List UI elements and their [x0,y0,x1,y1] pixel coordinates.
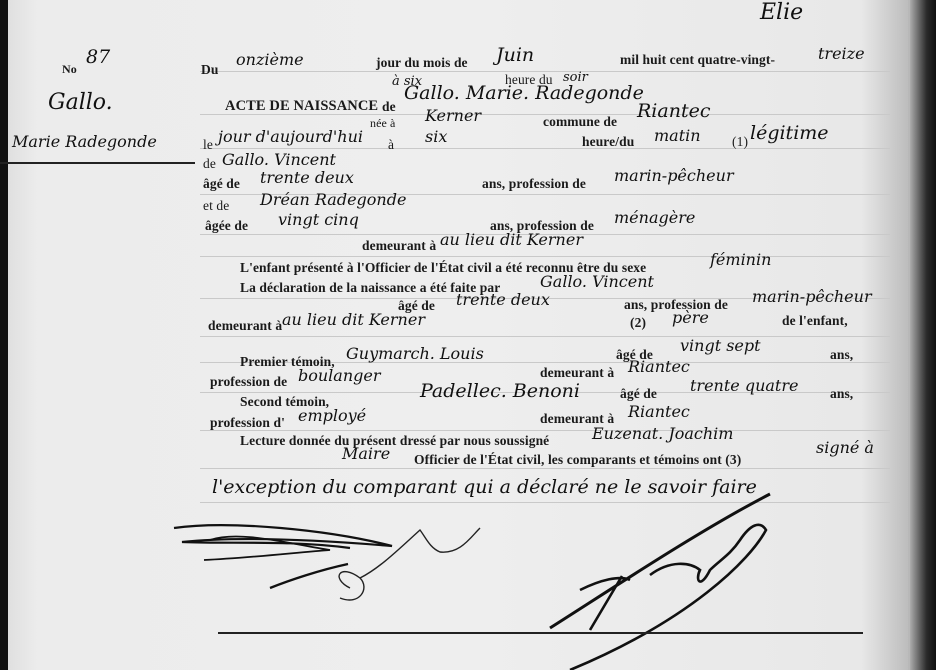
month-label: jour du mois de [376,55,468,71]
father-name: Gallo. Vincent [222,150,336,169]
birth-hour-label: heure/du [582,134,634,150]
father-age: trente deux [260,168,354,187]
page-binding-edge [0,0,8,670]
birth-place: Kerner [425,106,481,125]
month-value: Juin [496,44,534,66]
filiation-value: légitime [750,122,829,144]
father-profession-label: ans, profession de [482,176,586,192]
declarant-residence: au lieu dit Kerner [282,310,425,329]
child-name: Gallo. Marie. Radegonde [404,82,644,104]
first-witness-age: vingt sept [680,336,761,355]
officer-sentence: Officier de l'État civil, les comparants… [414,452,741,468]
second-witness-age-label: âgé de [620,386,657,402]
margin-given-names: Marie Radegonde [12,132,157,151]
first-witness-residence: Riantec [628,357,690,376]
filiation-note: (1) [732,134,748,150]
officer-title: Maire [342,444,390,463]
commune-label: commune de [543,114,617,130]
declarant-name: Gallo. Vincent [540,272,654,291]
first-witness-profession-label: profession de [210,374,287,390]
father-profession: marin-pêcheur [614,166,734,185]
relation-value: père [672,308,709,327]
birth-day: jour d'aujourd'hui [218,127,363,146]
birth-period: matin [654,126,701,145]
page-edge-line [908,0,910,670]
year-printed: mil huit cent quatre-vingt- [620,52,775,68]
residence-label: demeurant à [362,238,436,254]
register-page: No 87 Gallo. Marie Radegonde Elie Du onz… [0,0,936,670]
second-witness-profession-label: profession d' [210,415,285,431]
bottom-rule [218,632,863,634]
act-title: ACTE DE NAISSANCE [225,98,378,115]
father-age-label: âgé de [203,176,240,192]
birth-hour: six [425,127,447,146]
lecture-sentence: Lecture donnée du présent dressé par nou… [240,433,549,449]
first-witness-residence-label: demeurant à [540,365,614,381]
declarant-residence-label: demeurant à [208,318,282,334]
margin-underline [0,162,195,164]
margin-surname: Gallo. [48,90,113,115]
commune-value: Riantec [637,100,710,122]
mother-age-label: âgée de [205,218,248,234]
signed-value: signé à [816,438,874,457]
born-at-label: née à [370,116,395,131]
first-witness-profession: boulanger [298,366,381,385]
signature-mayor [550,480,770,670]
a-label: à [388,137,394,153]
mother-profession: ménagère [614,208,695,227]
du-label: Du [201,62,218,78]
declarant-age: trente deux [456,290,550,309]
day-value: onzième [236,50,304,69]
record-number: 87 [86,46,110,68]
year-written: treize [818,44,865,63]
declarant-profession: marin-pêcheur [752,287,872,306]
et-de-label: et de [203,198,229,214]
second-witness-age: trente quatre [690,376,798,395]
first-witness-ans: ans, [830,347,853,363]
de-label-2: de [203,156,216,172]
mother-name: Dréan Radegonde [260,190,406,209]
mother-age: vingt cinq [278,210,359,229]
de-label: de [382,99,396,115]
residence-value: au lieu dit Kerner [440,230,583,249]
le-label: le [203,137,213,153]
record-number-label: No [62,62,77,77]
second-witness-profession: employé [298,406,366,425]
corner-annotation: Elie [760,0,803,25]
first-witness-name: Guymarch. Louis [346,344,484,363]
second-witness-residence: Riantec [628,402,690,421]
officer-name: Euzenat. Joachim [592,424,733,443]
second-witness-ans: ans, [830,386,853,402]
sex-value: féminin [710,250,771,269]
signature-padellec [330,518,480,608]
relation-note: (2) [630,315,646,331]
second-witness-name: Padellec. Benoni [420,380,580,402]
of-the-child-label: de l'enfant, [782,313,848,329]
